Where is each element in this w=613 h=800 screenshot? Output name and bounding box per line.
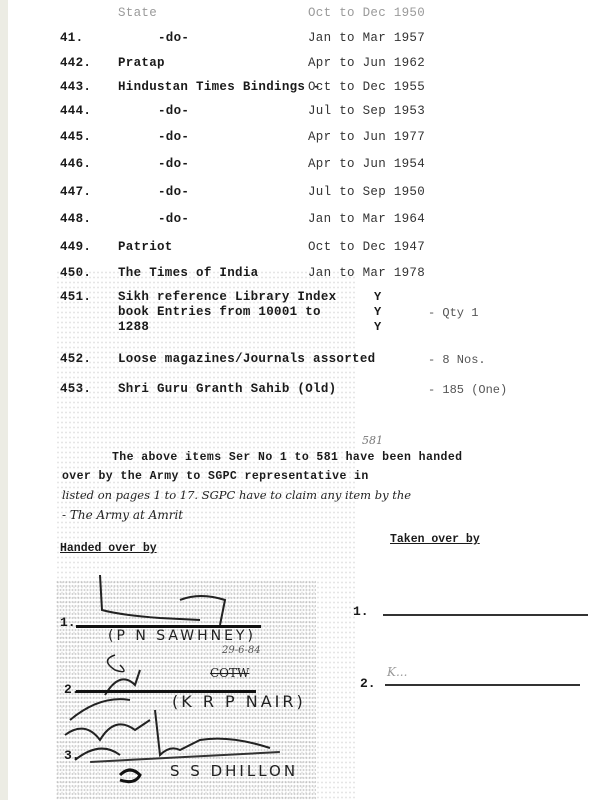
- item-name: -do-: [158, 212, 189, 226]
- handwritten-note-line-1: listed on pages 1 to 17. SGPC have to cl…: [62, 488, 411, 502]
- signature-date: 29-6-84: [222, 645, 261, 656]
- item-name: -do-: [158, 130, 189, 144]
- handwritten-note-line-2: - The Army at Amrit: [62, 508, 183, 522]
- scan-margin: [0, 0, 8, 800]
- item-name: Loose magazines/Journals assorted: [118, 352, 375, 366]
- item-name-line: 1288: [118, 320, 149, 334]
- item-period: Jan to Mar 1978: [308, 266, 425, 280]
- taken-over-by-label: Taken over by: [390, 533, 480, 546]
- signature-note: COTW: [210, 666, 249, 680]
- item-quantity: - Qty 1: [428, 306, 478, 320]
- item-period: Jan to Mar 1957: [308, 31, 425, 45]
- item-period: Oct to Dec 1947: [308, 240, 425, 254]
- signatory-name: K...: [387, 665, 407, 679]
- handwritten-annotation: 581: [362, 434, 383, 447]
- item-name: -do-: [158, 157, 189, 171]
- item-number: 446.: [60, 157, 100, 171]
- signatory-name: (P N SAWHNEY): [108, 628, 256, 644]
- handed-signatory-number: 3.: [64, 748, 80, 763]
- item-period: Oct to Dec 1955: [308, 80, 425, 94]
- item-name-line: book Entries from 10001 to: [118, 305, 321, 319]
- item-number: 442.: [60, 56, 100, 70]
- item-quantity: - 8 Nos.: [428, 353, 486, 367]
- item-name: Shri Guru Granth Sahib (Old): [118, 382, 336, 396]
- signatory-name: (K R P NAIR): [172, 692, 306, 711]
- taken-signatory-number: 1.: [353, 604, 369, 619]
- item-number: 452.: [60, 352, 100, 366]
- item-name: Patriot: [118, 240, 173, 254]
- item-period: Jul to Sep 1953: [308, 104, 425, 118]
- item-quantity: - 185 (One): [428, 383, 507, 397]
- item-number: 444.: [60, 104, 100, 118]
- item-number: 453.: [60, 382, 100, 396]
- bracket-mark: Y: [374, 290, 381, 304]
- item-number: 41.: [60, 31, 100, 45]
- item-period: Jan to Mar 1964: [308, 212, 425, 226]
- item-number: 447.: [60, 185, 100, 199]
- item-name: Hindustan Times Bindings -: [118, 80, 321, 94]
- signature-line: [383, 614, 588, 616]
- item-period: Apr to Jun 1962: [308, 56, 425, 70]
- item-period: Oct to Dec 1950: [308, 6, 425, 20]
- item-name: The Times of India: [118, 266, 258, 280]
- item-period: Apr to Jun 1954: [308, 157, 425, 171]
- item-name-line: Sikh reference Library Index: [118, 290, 336, 304]
- item-name: Pratap: [118, 56, 165, 70]
- item-number: 448.: [60, 212, 100, 226]
- handed-signatory-number: 1.: [60, 615, 76, 630]
- signature-line: [385, 684, 580, 686]
- bracket-mark: Y: [374, 305, 381, 319]
- signatory-name: S S DHILLON: [170, 762, 298, 780]
- item-number: 443.: [60, 80, 100, 94]
- item-period: Apr to Jun 1977: [308, 130, 425, 144]
- item-period: Jul to Sep 1950: [308, 185, 425, 199]
- taken-signatory-number: 2.: [360, 676, 376, 691]
- item-number: 450.: [60, 266, 100, 280]
- statement-line-2: over by the Army to SGPC representative …: [62, 470, 369, 483]
- item-number: 451.: [60, 290, 100, 304]
- statement-line-1: The above items Ser No 1 to 581 have bee…: [112, 451, 462, 464]
- item-name: State: [118, 6, 157, 20]
- bracket-mark: Y: [374, 320, 381, 334]
- handed-over-by-label: Handed over by: [60, 542, 157, 555]
- item-number: 445.: [60, 130, 100, 144]
- item-number: 449.: [60, 240, 100, 254]
- item-name: -do-: [158, 31, 189, 45]
- item-name: -do-: [158, 185, 189, 199]
- item-name: -do-: [158, 104, 189, 118]
